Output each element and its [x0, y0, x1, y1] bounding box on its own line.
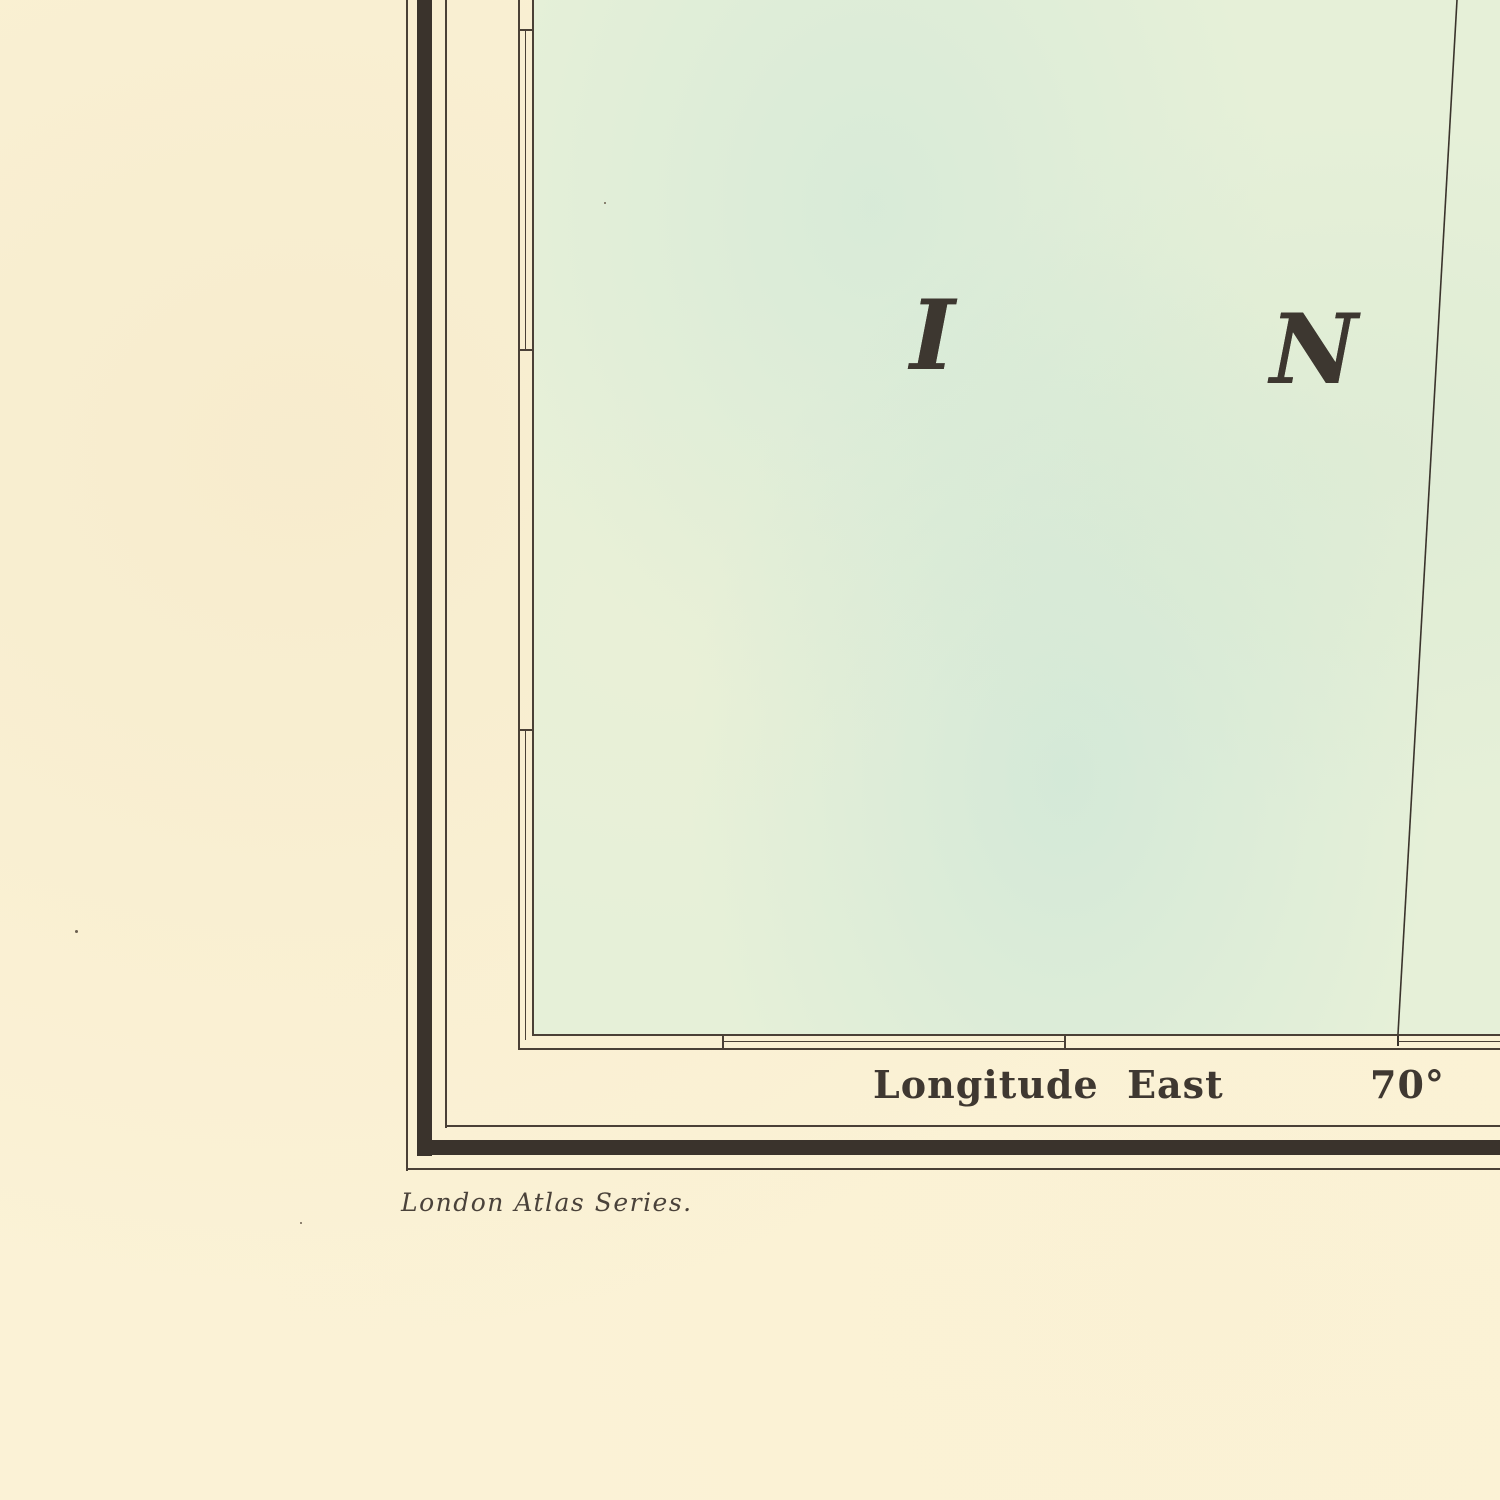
neatline-outer-bottom [518, 1048, 1500, 1050]
imprint-label: London Atlas Series. [401, 1188, 693, 1217]
scale-tick-bottom-2 [1064, 1035, 1066, 1049]
longitude-axis-label: Longitude East [873, 1062, 1224, 1107]
paper-speck [75, 930, 78, 933]
frame-inner-line-bottom [445, 1125, 1500, 1127]
scale-segment-left-1 [525, 30, 526, 350]
frame-thick-band-left [417, 0, 432, 1156]
neatline-inner-left [532, 0, 534, 1036]
meridian-line [1398, 0, 1457, 1034]
scale-tick-bottom-1 [722, 1035, 724, 1049]
sea-name-letter-1: I [910, 288, 955, 384]
scale-segment-bottom-2 [1398, 1041, 1500, 1042]
paper-speck [300, 1222, 302, 1224]
scale-tick-left-2 [519, 349, 533, 351]
frame-outer-line-bottom [406, 1168, 1500, 1170]
map-graticule [0, 0, 1500, 1500]
frame-inner-line-left [445, 0, 447, 1128]
scale-segment-left-2 [525, 730, 526, 1040]
frame-outer-line-left [406, 0, 408, 1171]
scale-tick-left-1 [519, 29, 533, 31]
paper-speck [604, 202, 606, 204]
sea-name-letter-2: N [1270, 302, 1358, 398]
frame-thick-band-bottom [417, 1140, 1500, 1155]
neatline-outer-left [518, 0, 520, 1050]
longitude-tick-70: 70° [1370, 1062, 1445, 1107]
scale-tick-left-3 [519, 729, 533, 731]
neatline-inner-bottom [532, 1034, 1500, 1036]
scale-segment-bottom-1 [723, 1041, 1065, 1042]
